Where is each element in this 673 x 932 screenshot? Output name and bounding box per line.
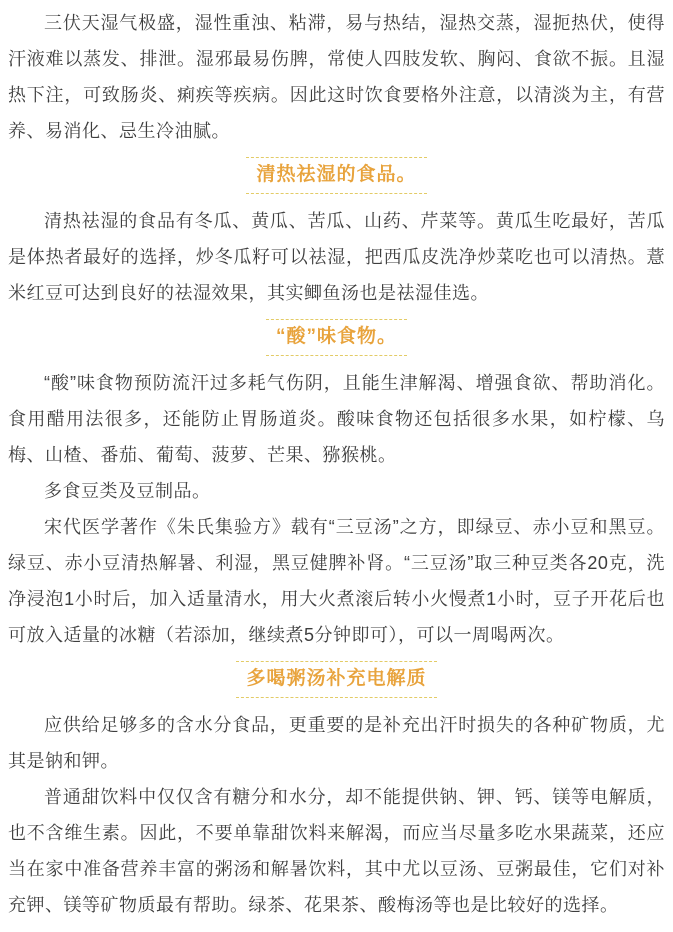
section-heading-qingre-qushi: 清热祛湿的食品。	[8, 157, 665, 194]
paragraph-sour-foods: “酸”味食物预防流汗过多耗气伤阴，且能生津解渴、增强食欲、帮助消化。食用醋用法很…	[8, 365, 665, 473]
section-heading-text: 清热祛湿的食品。	[246, 157, 426, 194]
section-heading-electrolytes: 多喝粥汤补充电解质	[8, 661, 665, 698]
section-heading-text: “酸”味食物。	[266, 319, 407, 356]
paragraph-damp-heat-intro: 三伏天湿气极盛，湿性重浊、粘滞，易与热结，湿热交蒸，湿扼热伏，使得汗液难以蒸发、…	[8, 5, 665, 149]
paragraph-three-bean-soup: 宋代医学著作《朱氏集验方》载有“三豆汤”之方，即绿豆、赤小豆和黑豆。绿豆、赤小豆…	[8, 509, 665, 653]
section-heading-text: 多喝粥汤补充电解质	[236, 661, 436, 698]
section-heading-sour-foods: “酸”味食物。	[8, 319, 665, 356]
paragraph-sweet-drinks: 普通甜饮料中仅仅含有糖分和水分，却不能提供钠、钾、钙、镁等电解质，也不含维生素。…	[8, 779, 665, 923]
paragraph-minerals: 应供给足够多的含水分食品，更重要的是补充出汗时损失的各种矿物质，尤其是钠和钾。	[8, 707, 665, 779]
paragraph-beans-lead-in: 多食豆类及豆制品。	[8, 473, 665, 509]
article-body: 三伏天湿气极盛，湿性重浊、粘滞，易与热结，湿热交蒸，湿扼热伏，使得汗液难以蒸发、…	[8, 5, 665, 923]
paragraph-qingre-qushi-foods: 清热祛湿的食品有冬瓜、黄瓜、苦瓜、山药、芹菜等。黄瓜生吃最好，苦瓜是体热者最好的…	[8, 203, 665, 311]
